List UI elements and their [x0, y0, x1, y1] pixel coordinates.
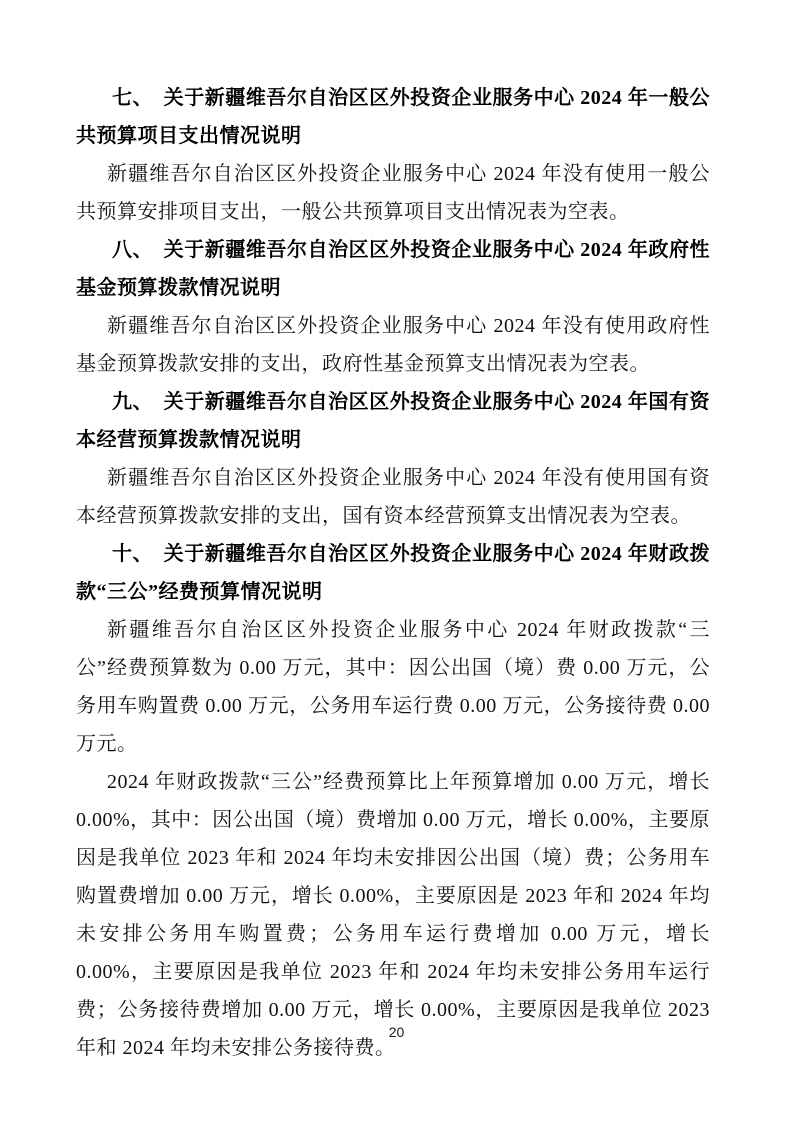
section-8-paragraph: 新疆维吾尔自治区区外投资企业服务中心 2024 年没有使用政府性基金预算拨款安排…	[76, 307, 710, 383]
section-9-paragraph: 新疆维吾尔自治区区外投资企业服务中心 2024 年没有使用国有资本经营预算拨款安…	[76, 459, 710, 535]
section-7-heading: 七、 关于新疆维吾尔自治区区外投资企业服务中心 2024 年一般公共预算项目支出…	[76, 79, 710, 155]
section-8-heading: 八、 关于新疆维吾尔自治区区外投资企业服务中心 2024 年政府性基金预算拨款情…	[76, 231, 710, 307]
section-9-heading: 九、 关于新疆维吾尔自治区区外投资企业服务中心 2024 年国有资本经营预算拨款…	[76, 383, 710, 459]
section-7-paragraph: 新疆维吾尔自治区区外投资企业服务中心 2024 年没有使用一般公共预算安排项目支…	[76, 155, 710, 231]
document-page: 七、 关于新疆维吾尔自治区区外投资企业服务中心 2024 年一般公共预算项目支出…	[0, 0, 793, 1122]
section-10-paragraph-1: 新疆维吾尔自治区区外投资企业服务中心 2024 年财政拨款“三公”经费预算数为 …	[76, 611, 710, 763]
page-number: 20	[0, 1022, 793, 1042]
section-10-heading: 十、 关于新疆维吾尔自治区区外投资企业服务中心 2024 年财政拨款“三公”经费…	[76, 535, 710, 611]
document-content: 七、 关于新疆维吾尔自治区区外投资企业服务中心 2024 年一般公共预算项目支出…	[76, 79, 710, 1067]
